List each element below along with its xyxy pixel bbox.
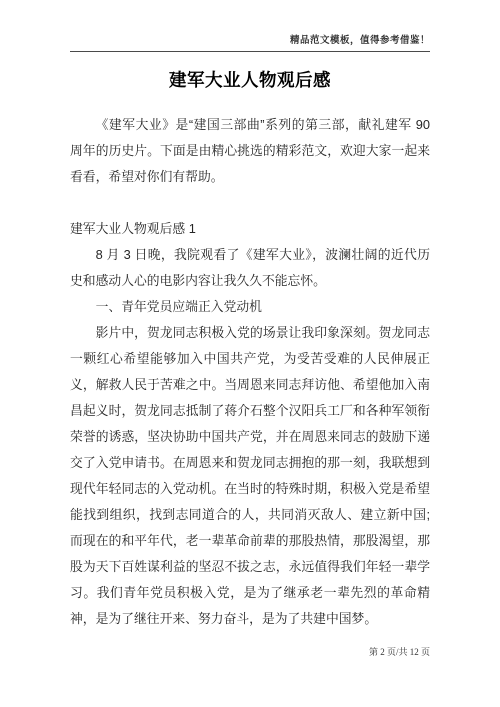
- header-slogan: 精品范文模板，值得参考借鉴！: [70, 34, 430, 47]
- page-number: 第 2 页/共 12 页: [369, 647, 430, 658]
- opening-paragraph: 8 月 3 日晚，我院观看了《建军大业》，波澜壮阔的近代历史和感动人心的电影内容…: [70, 242, 430, 294]
- document-title: 建军大业人物观后感: [70, 67, 430, 93]
- header-divider: [70, 51, 430, 52]
- document-body: 《建军大业》是“建国三部曲”系列的第三部，献礼建军 90 周年的历史片。下面是由…: [70, 112, 430, 632]
- main-paragraph: 影片中，贺龙同志积极入党的场景让我印象深刻。贺龙同志一颗红心希望能够加入中国共产…: [70, 320, 430, 632]
- page-header: 精品范文模板，值得参考借鉴！: [70, 0, 430, 52]
- section-heading: 建军大业人物观后感 1: [70, 216, 430, 242]
- subsection-heading: 一、青年党员应端正入党动机: [70, 294, 430, 320]
- document-page: 精品范文模板，值得参考借鉴！ 建军大业人物观后感 《建军大业》是“建国三部曲”系…: [0, 0, 500, 707]
- intro-paragraph: 《建军大业》是“建国三部曲”系列的第三部，献礼建军 90 周年的历史片。下面是由…: [70, 112, 430, 190]
